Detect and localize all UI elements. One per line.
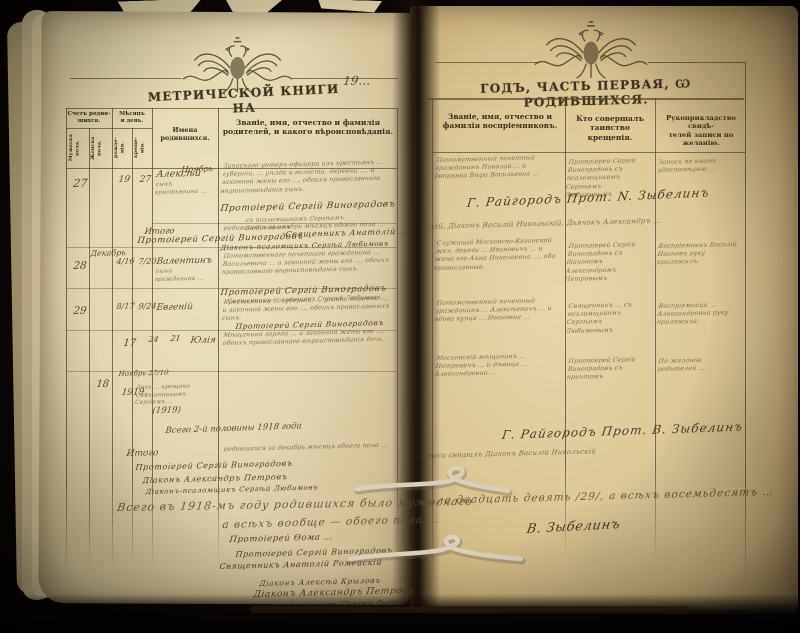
book-bottom-edge — [0, 594, 800, 633]
photo-metrical-book-spread: МЕТРИЧЕСКОЙ КНИГИ НА 19… ГОДЪ, ЧАСТЬ ПЕР… — [0, 0, 800, 633]
binding-laces — [0, 0, 800, 633]
book-cover-edge — [250, 606, 690, 613]
